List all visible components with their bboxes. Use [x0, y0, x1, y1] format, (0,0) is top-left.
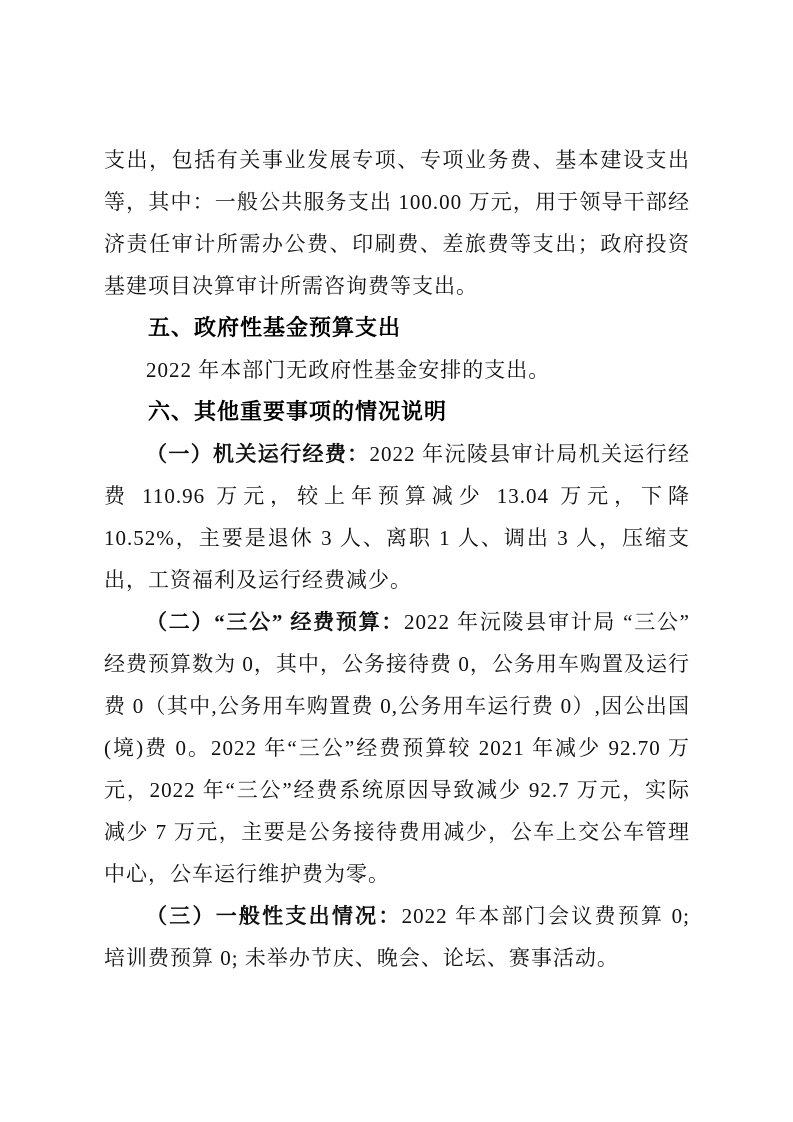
item-1-lead: （一）机关运行经费：	[146, 442, 370, 466]
section-heading-6: 六、其他重要事项的情况说明	[104, 391, 690, 433]
item-paragraph-1: （一）机关运行经费：2022 年沅陵县审计局机关运行经费 110.96 万元，较…	[104, 433, 690, 601]
item-paragraph-3: （三）一般性支出情况：2022 年本部门会议费预算 0; 培训费预算 0; 未举…	[104, 895, 690, 979]
document-page: 支出，包括有关事业发展专项、专项业务费、基本建设支出等，其中：一般公共服务支出 …	[0, 0, 793, 1122]
item-2-text: 2022 年沅陵县审计局 “三公” 经费预算数为 0，其中，公务接待费 0，公务…	[104, 610, 690, 886]
section5-body-paragraph: 2022 年本部门无政府性基金安排的支出。	[104, 349, 690, 391]
continuation-paragraph: 支出，包括有关事业发展专项、专项业务费、基本建设支出等，其中：一般公共服务支出 …	[104, 139, 690, 307]
section-heading-5: 五、政府性基金预算支出	[104, 307, 690, 349]
item-2-lead: （二）“三公” 经费预算：	[146, 610, 404, 634]
item-3-lead: （三）一般性支出情况：	[146, 904, 402, 928]
item-paragraph-2: （二）“三公” 经费预算：2022 年沅陵县审计局 “三公” 经费预算数为 0，…	[104, 601, 690, 895]
